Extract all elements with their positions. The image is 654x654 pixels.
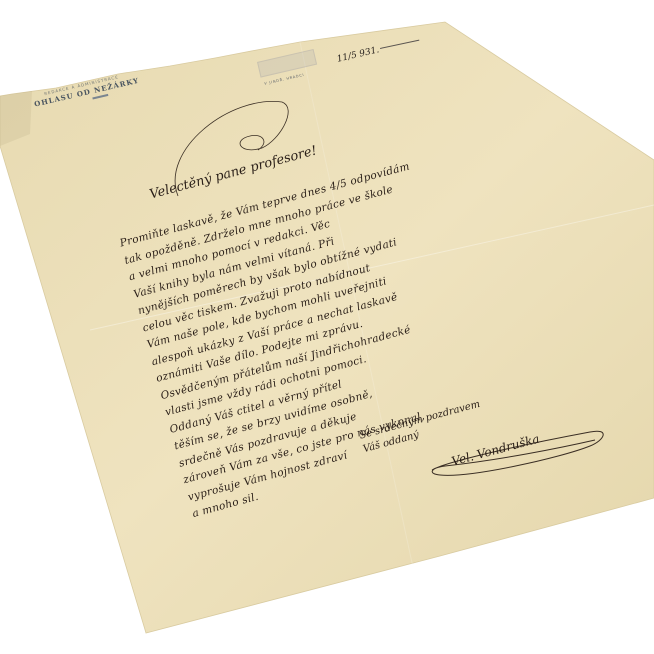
photo-stage: REDAKCE A ADMINISTRACE OHLASU OD NEŽÁRKY…	[0, 0, 654, 654]
